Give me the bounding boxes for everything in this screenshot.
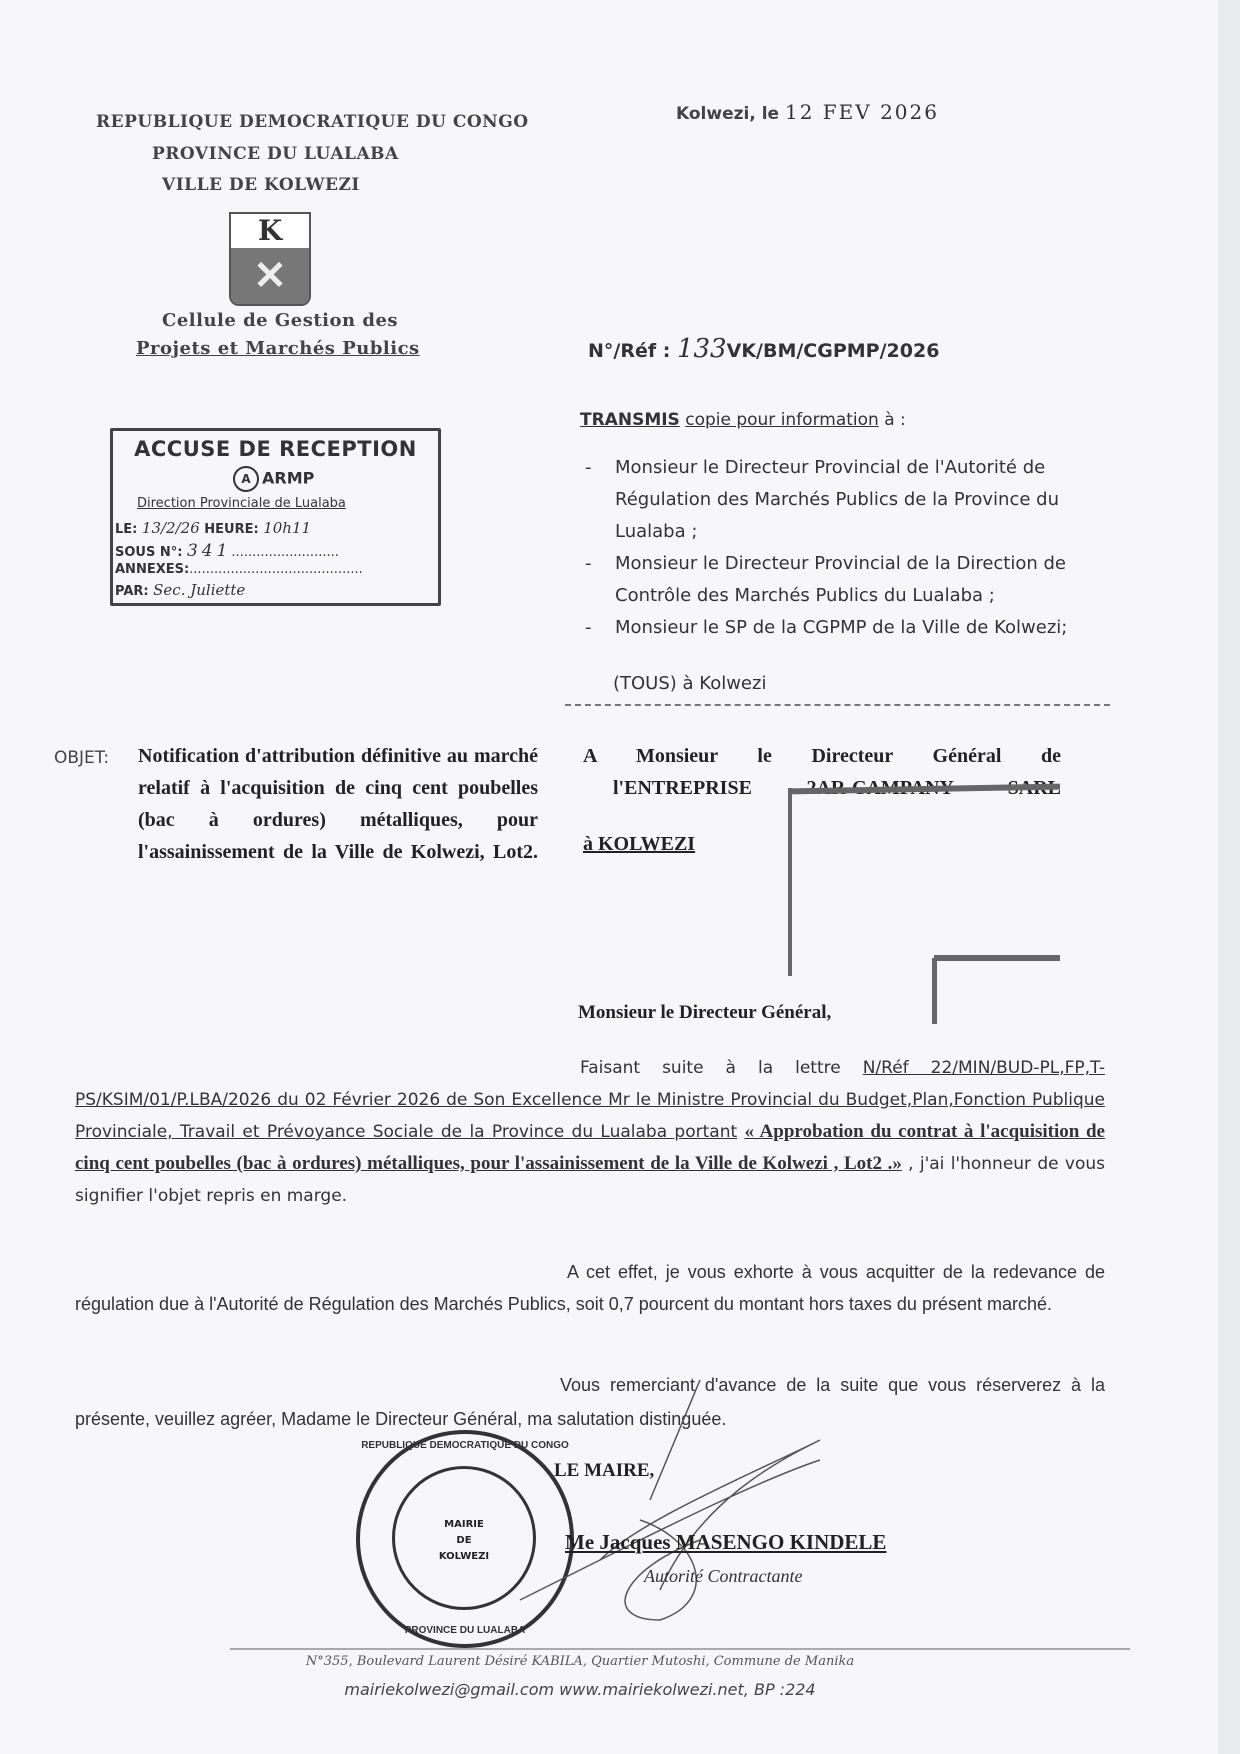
reference-handwritten-number: 133 [677,334,727,364]
signature-scribble [0,0,1218,1754]
signatory-name: Me Jacques MASENGO KINDELE [565,1530,886,1555]
city-crest-logo: K ✕ [229,212,311,306]
reference-suffix: VK/BM/CGPMP/2026 [727,340,940,362]
reception-stamp: ACCUSE DE RECEPTION AARMP Direction Prov… [110,428,441,606]
objet-label: OBJET: [54,748,109,768]
transmis-item: -Monsieur le Directeur Provincial de la … [585,548,1125,612]
footer-contact: mairiekolwezi@gmail.com www.mairiekolwez… [230,1680,930,1699]
stamp-sous-label: SOUS N°: [115,545,182,560]
footer-divider [230,1648,1130,1650]
transmis-heading-rest: copie pour information [685,410,879,430]
marker-stroke [788,788,792,976]
date-prefix: Kolwezi, le [676,104,779,124]
document-page: REPUBLIQUE DEMOCRATIQUE DU CONGO PROVINC… [0,0,1218,1754]
stamp-par-label: PAR: [115,584,149,599]
paragraph-3: Vous remerciant d'avance de la suite que… [75,1368,1105,1436]
official-seal: REPUBLIQUE DEMOCRATIQUE DU CONGO MAIRIE … [356,1430,574,1648]
crossed-hammers-icon: ✕ [231,248,309,304]
seal-inner-ring: MAIRIE DE KOLWEZI [392,1466,536,1610]
stamp-row-date: LE: 13/2/26 HEURE: 10h11 [115,519,311,537]
cell-name-line2: Projets et Marchés Publics [136,338,420,359]
recipient-block: A Monsieur le Directeur Général de l'ENT… [583,740,1061,860]
crest-letter: K [231,214,309,248]
transmis-item: -Monsieur le Directeur Provincial de l'A… [585,452,1125,548]
transmis-heading-tail: à : [879,410,906,430]
stamp-heure-value: 10h11 [263,519,311,537]
transmis-heading-bold: TRANSMIS [580,410,680,430]
paragraph-1: Faisant suite à la lettre N/Réf 22/MIN/B… [75,1052,1105,1212]
transmis-item-text: Monsieur le SP de la CGPMP de la Ville d… [615,612,1067,644]
signature-title: LE MAIRE, [554,1460,654,1482]
list-bullet: - [585,612,615,644]
stamp-heure-label: HEURE: [204,522,258,537]
seal-center-line2: DE [395,1533,533,1549]
transmis-footer: (TOUS) à Kolwezi [585,668,1125,700]
seal-ring-bottom: PROVINCE DU LUALABA [360,1625,570,1636]
cell-name-line1: Cellule de Gestion des [162,310,398,331]
stamp-org: AARMP [233,466,314,492]
objet-text: Notification d'attribution définitive au… [138,740,538,868]
stamp-le-label: LE: [115,522,137,537]
marker-stroke [934,955,1060,961]
transmis-list: -Monsieur le Directeur Provincial de l'A… [585,452,1125,700]
stamp-sous-value: 341 [187,541,231,561]
separator-line [565,704,1110,706]
stamp-row-annexes: ANNEXES:................................… [115,562,363,577]
signatory-role: Autorité Contractante [644,1566,802,1587]
footer-address: N°355, Boulevard Laurent Désiré KABILA, … [230,1654,930,1669]
recipient-city: à KOLWEZI [583,828,1061,860]
stamp-direction: Direction Provinciale de Lualaba [137,496,346,511]
marker-stroke [932,958,937,1024]
stamp-org-name: ARMP [262,469,314,488]
date-line: Kolwezi, le 12 FEV 2026 [676,100,939,124]
transmis-item: -Monsieur le SP de la CGPMP de la Ville … [585,612,1125,644]
transmis-item-text: Monsieur le Directeur Provincial de la D… [615,548,1125,612]
seal-center-line3: KOLWEZI [395,1549,533,1565]
paragraph-1-intro: Faisant suite à la lettre [580,1058,863,1078]
seal-ring-top: REPUBLIQUE DEMOCRATIQUE DU CONGO [360,1440,570,1451]
reference-number: N°/Réf : 133VK/BM/CGPMP/2026 [588,334,939,364]
stamp-annexes-label: ANNEXES: [115,562,189,577]
stamp-row-par: PAR: Sec. Juliette [115,581,245,599]
armp-logo-icon: A [233,466,259,492]
transmis-heading: TRANSMIS copie pour information à : [580,410,906,430]
recipient-line1: A Monsieur le Directeur Général de [583,740,1061,772]
stamp-title: ACCUSE DE RECEPTION [113,437,438,461]
stamp-par-value: Sec. Juliette [153,581,245,599]
list-bullet: - [585,452,615,548]
date-stamp: 12 FEV 2026 [785,100,939,124]
header-province: PROVINCE DU LUALABA [152,144,399,164]
header-city: VILLE DE KOLWEZI [162,175,360,195]
header-republic: REPUBLIQUE DEMOCRATIQUE DU CONGO [96,112,529,132]
stamp-row-number: SOUS N°: 341.......................... [115,541,339,561]
stamp-le-value: 13/2/26 [142,519,200,537]
seal-center-line1: MAIRIE [395,1517,533,1533]
paragraph-2: A cet effet, je vous exhorte à vous acqu… [75,1256,1105,1320]
reference-label: N°/Réf : [588,340,670,362]
list-bullet: - [585,548,615,612]
seal-center: MAIRIE DE KOLWEZI [395,1517,533,1565]
transmis-item-text: Monsieur le Directeur Provincial de l'Au… [615,452,1125,548]
salutation: Monsieur le Directeur Général, [578,1002,831,1024]
